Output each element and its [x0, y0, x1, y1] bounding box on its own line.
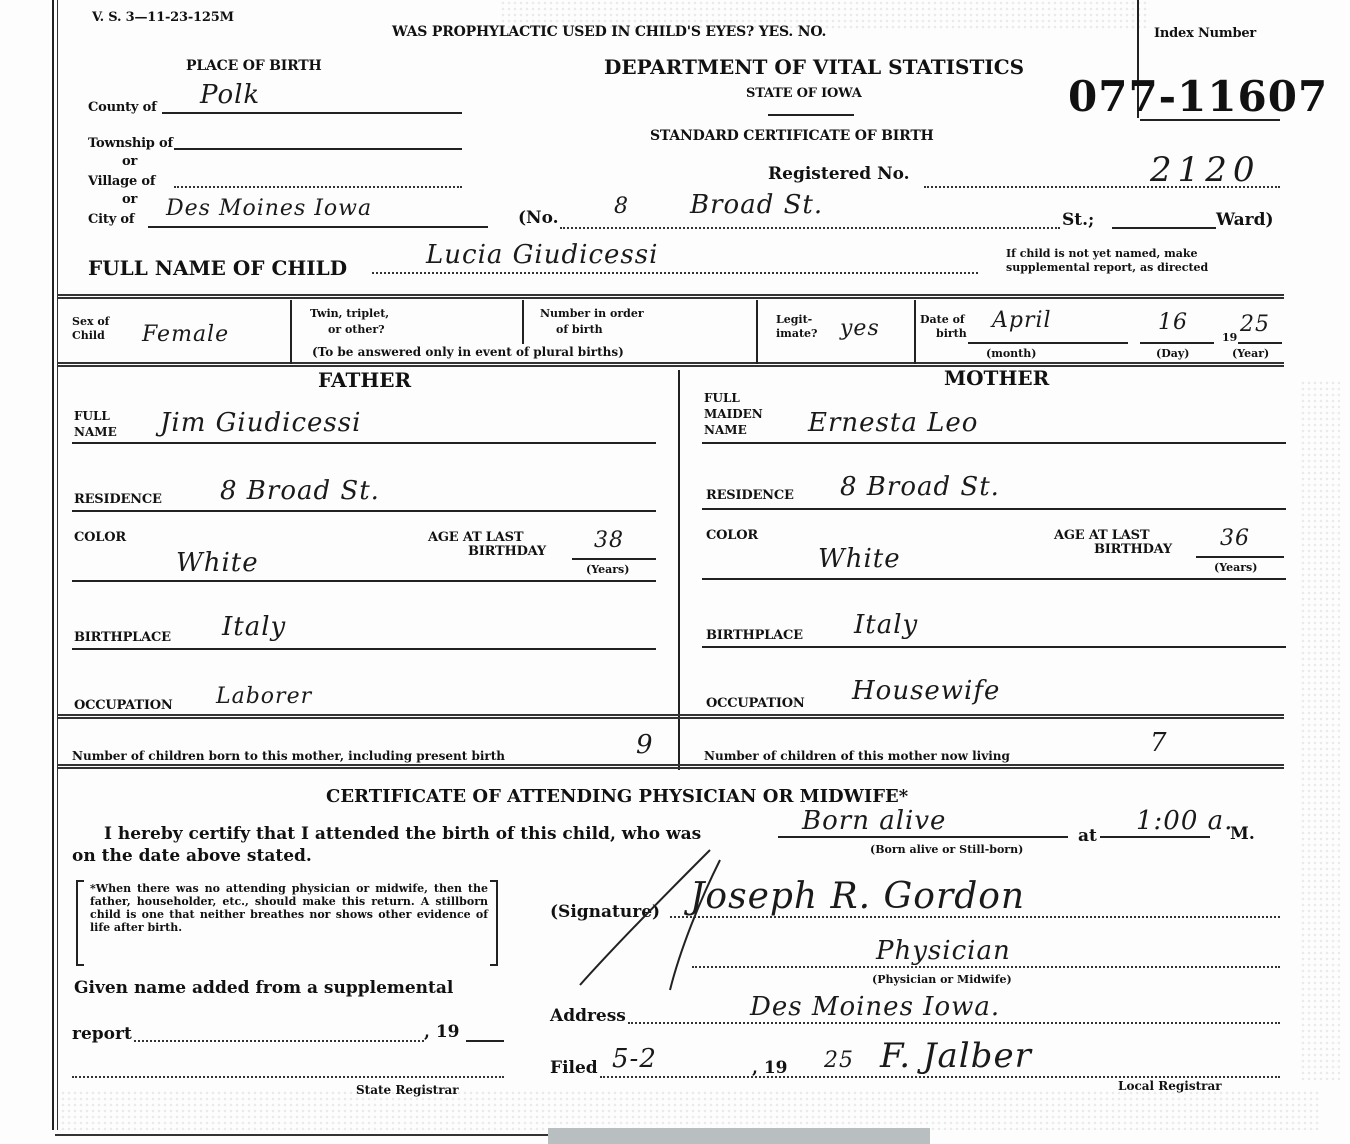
time-line: [1100, 836, 1210, 838]
county-value: Polk: [200, 80, 260, 110]
street-value: Broad St.: [690, 190, 823, 220]
section-divider-bottom: [58, 362, 1284, 367]
father-color-label: COLOR: [74, 530, 126, 545]
year-caption: (Year): [1232, 348, 1269, 360]
children-divider: [58, 764, 1284, 769]
local-registrar-signature: F. Jalber: [880, 1036, 1032, 1076]
father-birthplace-value: Italy: [222, 612, 286, 642]
mother-years-caption: (Years): [1214, 562, 1257, 574]
mother-name-line: [702, 442, 1286, 444]
father-residence-label: RESIDENCE: [74, 492, 162, 507]
section-divider-top: [58, 294, 1284, 299]
order-label-1: Number in order: [540, 308, 644, 320]
ward-line: [1112, 227, 1216, 229]
supplemental-year-line: [466, 1040, 504, 1042]
dob-day-line: [1140, 342, 1214, 344]
supplemental-report-label: report: [72, 1024, 132, 1044]
or-label-2: or: [122, 192, 137, 207]
signature-line: [670, 916, 1280, 918]
footnote-brace-left: [76, 880, 84, 966]
month-caption: (month): [986, 348, 1036, 360]
mother-name-label-2: MAIDEN: [704, 408, 763, 420]
father-name-label-2: NAME: [74, 426, 117, 438]
birth-certificate: V. S. 3—11-23-125M WAS PROPHYLACTIC USED…: [0, 0, 1350, 1144]
signature-value: Joseph R. Gordon: [690, 876, 1025, 917]
dob-year-line: [1238, 342, 1282, 344]
place-of-birth-heading: PLACE OF BIRTH: [186, 58, 322, 74]
mother-birthplace-line: [702, 646, 1286, 648]
father-name-label-1: FULL: [74, 410, 110, 422]
street-label: St.;: [1062, 210, 1094, 230]
address-label: Address: [550, 1006, 626, 1026]
state-registrar-caption: State Registrar: [356, 1084, 459, 1096]
plural-births-note: (To be answered only in event of plural …: [312, 346, 624, 358]
born-value: Born alive: [802, 806, 946, 836]
dob-month-line: [968, 342, 1128, 344]
signature-flourish-icon: [560, 840, 740, 1000]
mother-birthplace-value: Italy: [854, 610, 918, 640]
dob-day: 16: [1158, 310, 1188, 335]
father-color-value: White: [176, 548, 259, 578]
father-birthplace-label: BIRTHPLACE: [74, 630, 171, 645]
dob-label-2: birth: [936, 328, 967, 340]
sex-cell-divider: [290, 300, 292, 364]
dob-month: April: [992, 308, 1052, 333]
township-label: Township of: [88, 136, 173, 151]
mother-occupation-label: OCCUPATION: [706, 696, 805, 711]
mother-name-label-3: NAME: [704, 424, 747, 436]
index-number: 077-11607: [1068, 72, 1328, 121]
mother-occupation-value: Housewife: [852, 676, 1000, 706]
m-label: M.: [1230, 824, 1255, 844]
parents-divider: [678, 370, 680, 770]
father-residence-value: 8 Broad St.: [220, 476, 380, 506]
mother-residence-line: [702, 508, 1286, 510]
at-label: at: [1078, 826, 1097, 846]
local-registrar-caption: Local Registrar: [1118, 1080, 1222, 1092]
child-name-label: FULL NAME OF CHILD: [88, 256, 347, 280]
legit-value: yes: [840, 316, 880, 341]
father-birthplace-line: [72, 648, 656, 650]
children-living-value: 7: [1150, 728, 1168, 758]
city-line: [148, 226, 488, 228]
father-color-line: [72, 580, 656, 582]
registered-number: 2120: [1150, 150, 1261, 190]
registered-label: Registered No.: [768, 164, 910, 184]
legit-label-2: imate?: [776, 328, 817, 340]
filed-date: 5-2: [612, 1044, 657, 1074]
index-label: Index Number: [1154, 26, 1256, 41]
certificate-title: STANDARD CERTIFICATE OF BIRTH: [650, 128, 934, 144]
mother-name-label-1: FULL: [704, 392, 740, 404]
on-date-text: on the date above stated.: [72, 846, 312, 866]
supplemental-report-line: [134, 1040, 424, 1042]
child-name-value: Lucia Giudicessi: [426, 240, 658, 270]
physician-title-caption: (Physician or Midwife): [872, 974, 1012, 986]
address-value: Des Moines Iowa.: [750, 992, 1000, 1022]
form-code: V. S. 3—11-23-125M: [92, 10, 234, 25]
filed-year: 25: [824, 1048, 854, 1073]
order-label-2: of birth: [556, 324, 603, 336]
father-heading: FATHER: [318, 368, 411, 392]
sex-value: Female: [142, 322, 229, 347]
father-occupation-label: OCCUPATION: [74, 698, 173, 713]
street-number-value: 8: [614, 194, 629, 219]
mother-age-value: 36: [1220, 526, 1250, 551]
department-title: DEPARTMENT OF VITAL STATISTICS: [604, 55, 1024, 79]
footnote-brace-right: [490, 880, 498, 966]
legit-cell-divider: [914, 300, 916, 364]
state-registrar-line: [72, 1076, 504, 1078]
mother-name-value: Ernesta Leo: [808, 408, 978, 438]
dob-year: 25: [1240, 312, 1270, 337]
mother-residence-label: RESIDENCE: [706, 488, 794, 503]
father-age-label-2: BIRTHDAY: [468, 544, 546, 559]
street-line: [560, 227, 1060, 229]
time-value: 1:00 a.: [1136, 806, 1233, 836]
scan-noise-bottom: [60, 1090, 1320, 1130]
mother-color-label: COLOR: [706, 528, 758, 543]
twin-label-1: Twin, triplet,: [310, 308, 389, 320]
footnote-text: *When there was no attending physician o…: [90, 882, 488, 934]
name-note-line-1: If child is not yet named, make: [1006, 248, 1198, 260]
legit-label-1: Legit-: [776, 314, 812, 326]
father-age-label-1: AGE AT LAST: [428, 530, 523, 545]
father-occupation-value: Laborer: [216, 684, 312, 709]
mother-residence-value: 8 Broad St.: [840, 472, 1000, 502]
mother-color-value: White: [818, 544, 901, 574]
father-years-caption: (Years): [586, 564, 629, 576]
supplemental-year-prefix: , 19: [424, 1022, 460, 1042]
left-border: [52, 0, 58, 1130]
sex-label-2: Child: [72, 330, 105, 342]
father-name-line: [72, 442, 656, 444]
filed-label: Filed: [550, 1058, 598, 1078]
children-living-label: Number of children of this mother now li…: [704, 750, 1010, 762]
physician-title-line: [692, 966, 1280, 968]
mother-heading: MOTHER: [944, 366, 1049, 390]
village-label: Village of: [88, 174, 155, 189]
mother-birthplace-label: BIRTHPLACE: [706, 628, 803, 643]
day-caption: (Day): [1156, 348, 1189, 360]
mother-age-label-1: AGE AT LAST: [1054, 528, 1149, 543]
twin-label-2: or other?: [328, 324, 385, 336]
father-age-line: [572, 558, 656, 560]
dob-year-prefix: 19: [1222, 332, 1237, 344]
plural-cell-divider: [756, 300, 758, 364]
city-value: Des Moines Iowa: [166, 196, 372, 221]
born-caption: (Born alive or Still-born): [870, 844, 1023, 856]
physician-heading: CERTIFICATE OF ATTENDING PHYSICIAN OR MI…: [326, 786, 908, 807]
dob-label-1: Date of: [920, 314, 965, 326]
father-residence-line: [72, 510, 656, 512]
twin-cell-divider: [522, 300, 524, 344]
mother-age-line: [1196, 556, 1284, 558]
father-age-value: 38: [594, 528, 624, 553]
filed-line: [600, 1076, 1280, 1078]
address-line: [628, 1022, 1280, 1024]
county-label: County of: [88, 100, 156, 115]
township-line: [174, 148, 462, 150]
ward-label: Ward): [1216, 210, 1274, 230]
state-title: STATE OF IOWA: [746, 86, 862, 101]
city-label: City of: [88, 212, 134, 227]
or-label-1: or: [122, 154, 137, 169]
scan-artifact-bar: [548, 1128, 930, 1144]
village-line: [174, 186, 462, 188]
children-born-value: 9: [636, 730, 654, 760]
mother-age-label-2: BIRTHDAY: [1094, 542, 1172, 557]
father-name-value: Jim Giudicessi: [160, 408, 361, 438]
county-line: [162, 112, 462, 114]
street-number-label: (No.: [518, 208, 559, 228]
prophylactic-question: WAS PROPHYLACTIC USED IN CHILD'S EYES? Y…: [392, 24, 826, 40]
physician-title-value: Physician: [876, 936, 1011, 966]
children-born-label: Number of children born to this mother, …: [72, 750, 505, 762]
bottom-border: [55, 1134, 555, 1136]
filed-year-prefix: , 19: [752, 1058, 788, 1078]
sex-label-1: Sex of: [72, 316, 109, 328]
name-note-line-2: supplemental report, as directed: [1006, 262, 1208, 274]
occupation-divider: [58, 714, 1284, 719]
child-name-line: [372, 272, 978, 274]
supplemental-label: Given name added from a supplemental: [74, 978, 453, 998]
born-line: [778, 836, 1068, 838]
mother-color-line: [702, 578, 1286, 580]
scan-noise-right: [1300, 380, 1340, 1080]
header-divider: [768, 114, 854, 116]
